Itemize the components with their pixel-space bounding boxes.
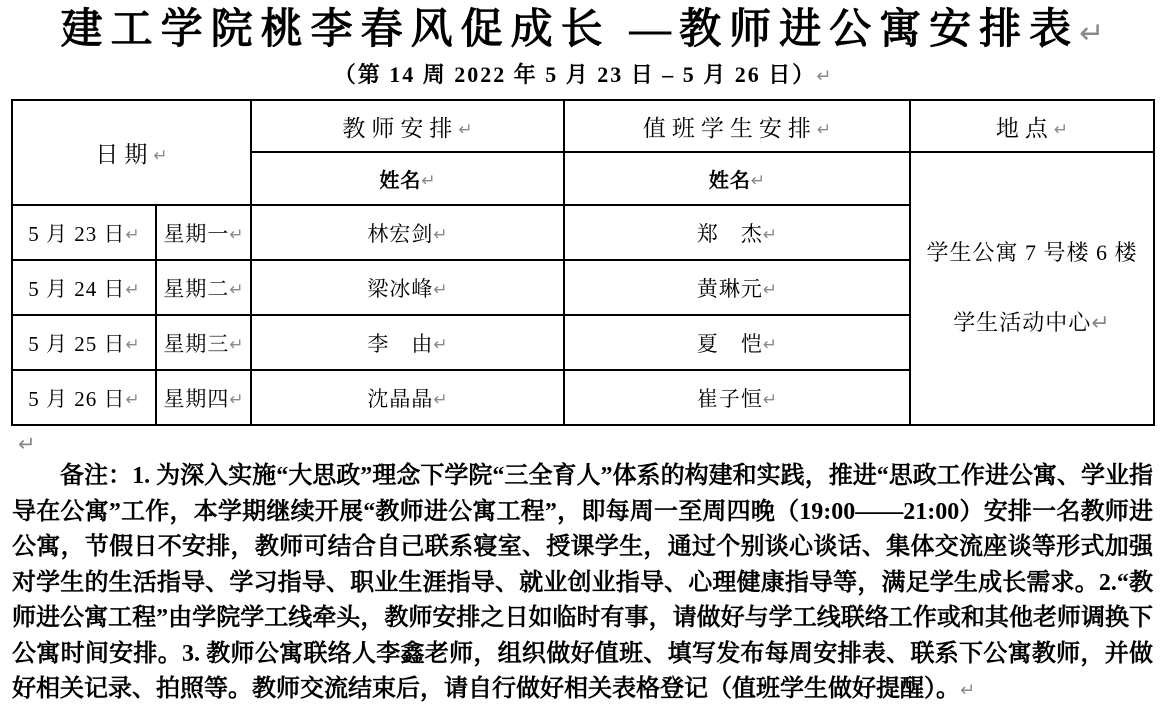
weekday-cell: 星期三↵ <box>156 315 251 370</box>
weekday-text: 星期一 <box>163 222 229 246</box>
student-name-text: 郑 杰 <box>697 222 763 246</box>
location-line-1: 学生公寓 7 号楼 6 楼 <box>911 218 1153 288</box>
weekday-text: 星期四 <box>163 387 229 411</box>
paragraph-mark: ↵ <box>153 146 167 166</box>
notes-paragraph: 备注：1. 为深入实施“大思政”理念下学院“三全育人”体系的构建和实践，推进“思… <box>12 459 1153 709</box>
header-teacher-group-label: 教师安排 <box>342 115 458 141</box>
header-location-label: 地点 <box>996 115 1054 141</box>
paragraph-mark: ↵ <box>816 66 831 87</box>
teacher-name-cell: 林宏剑↵ <box>251 205 564 260</box>
subheader-cell-student-name: 姓名↵ <box>564 152 910 205</box>
date-text: 5 月 26 日 <box>28 387 125 411</box>
paragraph-mark: ↵ <box>229 390 243 410</box>
header-cell-location: 地点↵ <box>910 100 1154 152</box>
date-text: 5 月 23 日 <box>28 222 125 246</box>
paragraph-mark: ↵ <box>229 225 243 245</box>
paragraph-mark: ↵ <box>433 390 447 410</box>
paragraph-mark: ↵ <box>1091 311 1110 336</box>
paragraph-mark: ↵ <box>1079 16 1104 51</box>
paragraph-mark: ↵ <box>126 280 140 300</box>
weekday-cell: 星期二↵ <box>156 260 251 315</box>
schedule-table: 日期↵ 教师安排↵ 值班学生安排↵ 地点↵ 姓名↵ 姓名↵ 学生公寓 7 号楼 … <box>11 99 1155 426</box>
paragraph-mark: ↵ <box>126 335 140 355</box>
paragraph-mark: ↵ <box>960 680 975 701</box>
paragraph-mark: ↵ <box>126 225 140 245</box>
teacher-name-text: 林宏剑 <box>367 222 433 246</box>
paragraph-mark: ↵ <box>421 171 435 191</box>
student-name-cell: 郑 杰↵ <box>564 205 910 260</box>
header-cell-teacher-group: 教师安排↵ <box>251 100 564 152</box>
date-cell: 5 月 25 日↵ <box>12 315 156 370</box>
paragraph-mark: ↵ <box>433 225 447 245</box>
paragraph-mark: ↵ <box>433 335 447 355</box>
header-cell-student-group: 值班学生安排↵ <box>564 100 910 152</box>
paragraph-mark: ↵ <box>763 225 777 245</box>
location-line-2: 学生活动中心↵ <box>911 288 1153 359</box>
paragraph-mark: ↵ <box>433 280 447 300</box>
teacher-name-cell: 沈晶晶↵ <box>251 370 564 425</box>
page-title-text: 建工学院桃李春风促成长 —教师进公寓安排表 <box>61 7 1080 53</box>
subheader-student-name-label: 姓名 <box>709 170 751 192</box>
paragraph-mark: ↵ <box>229 335 243 355</box>
weekday-text: 星期三 <box>163 332 229 356</box>
paragraph-mark: ↵ <box>229 280 243 300</box>
paragraph-mark: ↵ <box>763 335 777 355</box>
paragraph-mark: ↵ <box>126 390 140 410</box>
teacher-name-cell: 梁冰峰↵ <box>251 260 564 315</box>
paragraph-mark: ↵ <box>18 432 36 456</box>
date-cell: 5 月 23 日↵ <box>12 205 156 260</box>
header-cell-date: 日期↵ <box>12 100 251 205</box>
table-header-row-1: 日期↵ 教师安排↵ 值班学生安排↵ 地点↵ <box>12 100 1154 152</box>
page-title: 建工学院桃李春风促成长 —教师进公寓安排表↵ <box>0 0 1165 60</box>
subheader-teacher-name-label: 姓名 <box>379 170 421 192</box>
teacher-name-text: 梁冰峰 <box>367 277 433 301</box>
weekday-text: 星期二 <box>163 277 229 301</box>
student-name-text: 黄琳元 <box>697 277 763 301</box>
notes-text: 备注：1. 为深入实施“大思政”理念下学院“三全育人”体系的构建和实践，推进“思… <box>12 463 1153 702</box>
date-cell: 5 月 26 日↵ <box>12 370 156 425</box>
document-page: 建工学院桃李春风促成长 —教师进公寓安排表↵ （第 14 周 2022 年 5 … <box>0 0 1165 723</box>
student-name-cell: 崔子恒↵ <box>564 370 910 425</box>
paragraph-mark: ↵ <box>751 171 765 191</box>
header-date-label: 日期 <box>95 141 153 167</box>
student-name-cell: 夏 恺↵ <box>564 315 910 370</box>
date-text: 5 月 24 日 <box>28 277 125 301</box>
paragraph-mark: ↵ <box>1054 120 1068 140</box>
teacher-name-cell: 李 由↵ <box>251 315 564 370</box>
header-student-group-label: 值班学生安排 <box>643 115 817 141</box>
student-name-cell: 黄琳元↵ <box>564 260 910 315</box>
teacher-name-text: 李 由 <box>367 332 433 356</box>
page-subtitle: （第 14 周 2022 年 5 月 23 日 – 5 月 26 日）↵ <box>0 60 1165 92</box>
subheader-cell-teacher-name: 姓名↵ <box>251 152 564 205</box>
student-name-text: 崔子恒 <box>697 387 763 411</box>
paragraph-mark: ↵ <box>817 120 831 140</box>
location-cell: 学生公寓 7 号楼 6 楼 学生活动中心↵ <box>910 152 1154 425</box>
paragraph-mark: ↵ <box>458 120 472 140</box>
paragraph-mark: ↵ <box>763 280 777 300</box>
teacher-name-text: 沈晶晶 <box>367 387 433 411</box>
weekday-cell: 星期四↵ <box>156 370 251 425</box>
date-cell: 5 月 24 日↵ <box>12 260 156 315</box>
weekday-cell: 星期一↵ <box>156 205 251 260</box>
student-name-text: 夏 恺 <box>697 332 763 356</box>
date-text: 5 月 25 日 <box>28 332 125 356</box>
paragraph-mark: ↵ <box>763 390 777 410</box>
location-line-2-text: 学生活动中心 <box>953 310 1091 335</box>
page-subtitle-text: （第 14 周 2022 年 5 月 23 日 – 5 月 26 日） <box>334 62 817 87</box>
empty-paragraph: ↵ <box>18 432 36 457</box>
